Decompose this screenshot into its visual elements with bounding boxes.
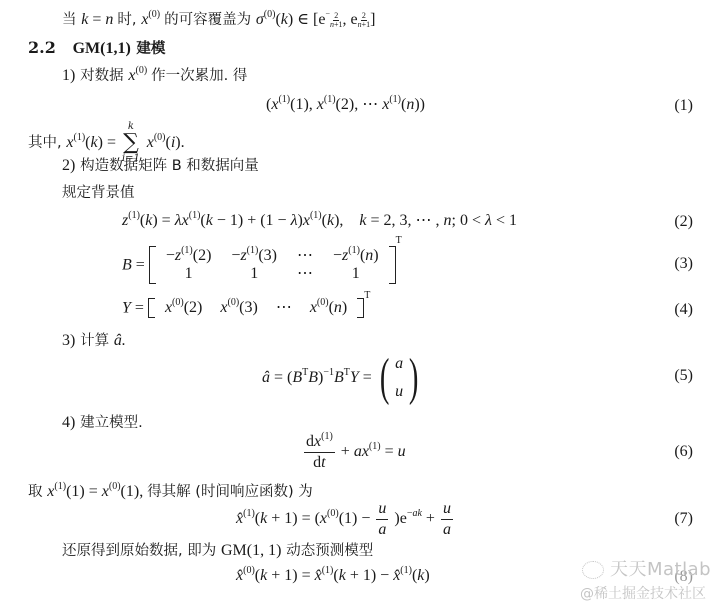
text-cn: 得其解 (时间响应函数) 为	[147, 484, 313, 500]
watermark-line-1: 天天Matlab	[610, 559, 711, 580]
step-1: 1) 对数据 x(0) 作一次累加. 得	[62, 68, 247, 84]
text-cn: 计算	[80, 333, 109, 349]
equation-number: (7)	[674, 510, 693, 528]
equation-number: (4)	[674, 301, 693, 319]
step-label: 3)	[62, 332, 75, 349]
vector-y: x(0)(2)x(0)(3)⋯x(0)(n)	[148, 298, 364, 318]
step-4: 4) 建立模型.	[62, 415, 143, 431]
text-cn: 构造数据矩阵 B 和数据向量	[80, 158, 259, 174]
equation-number: (1)	[674, 97, 693, 115]
equation-7: x̂(1)(k + 1) = (x(0)(1) − ua )e−ak + ua	[236, 500, 455, 538]
section-heading: 2.2 GM(1,1) 建模	[28, 40, 165, 57]
text-cn: 动态预测模型	[286, 543, 373, 559]
section-title: GM(1,1)	[73, 40, 131, 57]
initial-condition-line: 取 x(1)(1) = x(0)(1), 得其解 (时间响应函数) 为	[28, 484, 313, 500]
text-cn: 取	[28, 484, 43, 500]
step-label: 1)	[62, 67, 75, 84]
text-cn: 作一次累加. 得	[151, 68, 247, 84]
text-cn: 的可容覆盖为	[164, 12, 251, 28]
equation-number: (6)	[674, 443, 693, 461]
text-cn: 其中,	[28, 135, 62, 151]
watermark-line-2: @稀土掘金技术社区	[580, 583, 711, 602]
step-label: 4)	[62, 414, 75, 431]
text-cn: 建立模型.	[80, 415, 143, 431]
equation-6: dx(1) dt + ax(1) = u	[302, 433, 406, 471]
equation-4: Y = x(0)(2)x(0)(3)⋯x(0)(n) T	[122, 296, 370, 318]
restore-line: 还原得到原始数据, 即为 GM(1, 1) 动态预测模型	[62, 543, 373, 559]
section-number: 2.2	[28, 38, 56, 57]
derivative-fraction: dx(1) dt	[304, 433, 335, 471]
coverage-line: 当 k = n 时, x(0) 的可容覆盖为 σ(0)(k) ∈ [e−2n+1…	[62, 10, 375, 29]
matrix-b: −z(1)(2)−z(1)(3)⋯−z(1)(n) 11⋯1	[149, 246, 396, 284]
text-cn: 时,	[117, 12, 136, 28]
section-title-cn: 建模	[136, 41, 165, 57]
background-value-label: 规定背景值	[62, 186, 135, 201]
symbol: â.	[114, 332, 126, 349]
text-cn: 还原得到原始数据, 即为	[62, 543, 216, 559]
watermark: 天天Matlab @稀土掘金技术社区	[582, 555, 711, 602]
equation-3: B = −z(1)(2)−z(1)(3)⋯−z(1)(n) 11⋯1 T	[122, 241, 402, 284]
equation-5: â = (BTB)−1BTY = ( a u )	[262, 352, 422, 404]
step-2: 2) 构造数据矩阵 B 和数据向量	[62, 158, 259, 174]
vector-au: ( a u )	[376, 352, 423, 404]
equation-number: (2)	[674, 213, 693, 231]
text-cn: 当	[62, 12, 77, 28]
step-label: 2)	[62, 157, 75, 174]
equation-number: (5)	[674, 367, 693, 385]
equation-2: z(1)(k) = λx(1)(k − 1) + (1 − λ)x(1)(k),…	[122, 213, 517, 229]
model-name: GM(1, 1)	[221, 542, 281, 559]
equation-8: x̂(0)(k + 1) = x̂(1)(k + 1) − x̂(1)(k)	[236, 568, 430, 584]
wechat-icon	[582, 561, 604, 579]
equation-1: (x(1)(1), x(1)(2), ⋯ x(1)(n))	[266, 97, 425, 113]
text-cn: 对数据	[80, 68, 124, 84]
equation-number: (3)	[674, 255, 693, 273]
step-3: 3) 计算 â.	[62, 333, 126, 349]
